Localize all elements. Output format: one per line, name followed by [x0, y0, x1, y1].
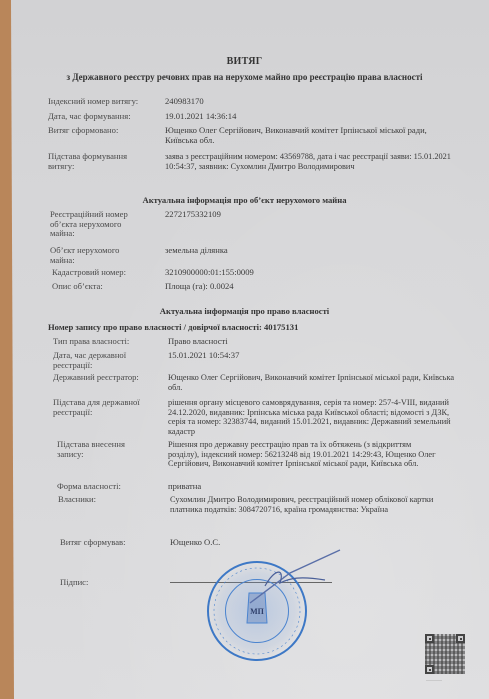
- ownership-section-heading: Актуальна інформація про право власності: [0, 306, 489, 316]
- field-label: Реєстраційний номер об’єкта нерухомого м…: [50, 210, 145, 239]
- field-label: Підстава внесення запису:: [57, 440, 142, 459]
- field-value: Сухомлин Дмитро Володимирович, реєстраці…: [170, 495, 455, 514]
- document-title: ВИТЯГ: [0, 56, 489, 67]
- field-value: Площа (га): 0.0024: [165, 282, 455, 292]
- field-label: Дата, час формування:: [48, 112, 168, 122]
- qr-finder-icon: [456, 634, 465, 643]
- field-label: Витяг сформував:: [60, 538, 170, 548]
- field-label: Індексний номер витягу:: [48, 97, 168, 107]
- qr-finder-icon: [425, 665, 434, 674]
- field-value: Рішення про державну реєстрацію прав та …: [168, 440, 443, 469]
- document-subtitle: з Державного реєстру речових прав на нер…: [0, 72, 489, 82]
- field-value: Ющенко О.С.: [170, 538, 460, 548]
- field-value: приватна: [168, 482, 458, 492]
- stamp-mp-label: МП: [209, 607, 305, 616]
- qr-caption: ————: [426, 677, 442, 682]
- property-section-heading: Актуальна інформація про об’єкт нерухомо…: [0, 195, 489, 205]
- field-label: Опис об’єкта:: [52, 282, 162, 292]
- field-value: 19.01.2021 14:36:14: [165, 112, 455, 122]
- field-label: Об’єкт нерухомого майна:: [50, 246, 145, 265]
- field-value: Ющенко Олег Сергійович, Виконавчий коміт…: [165, 126, 455, 145]
- field-label: Власники:: [58, 495, 168, 505]
- field-value: 240983170: [165, 97, 455, 107]
- field-value: рішення органу місцевого самоврядування,…: [168, 398, 453, 436]
- field-label: Витяг сформовано:: [48, 126, 168, 136]
- field-value: 15.01.2021 10:54:37: [168, 351, 458, 361]
- ownership-record-heading: Номер запису про право власності / довір…: [48, 322, 298, 332]
- field-label: Тип права власності:: [53, 337, 163, 347]
- field-label: Державний реєстратор:: [53, 373, 168, 383]
- field-label: Підстава формування витягу:: [48, 152, 148, 171]
- field-value: 2272175332109: [165, 210, 455, 220]
- field-label: Дата, час державної реєстрації:: [53, 351, 148, 370]
- field-value: земельна ділянка: [165, 246, 455, 256]
- field-value: 3210900000:01:155:0009: [165, 268, 455, 278]
- qr-code: [425, 634, 465, 674]
- handwritten-signature: [230, 548, 350, 608]
- qr-finder-icon: [425, 634, 434, 643]
- field-label: Кадастровий номер:: [52, 268, 162, 278]
- document-extract: ВИТЯГ з Державного реєстру речових прав …: [0, 0, 489, 699]
- signature-label: Підпис:: [60, 578, 120, 588]
- field-label: Форма власності:: [57, 482, 167, 492]
- field-value: Ющенко Олег Сергійович, Виконавчий коміт…: [168, 373, 458, 392]
- field-label: Підстава для державної реєстрації:: [53, 398, 158, 417]
- field-value: заява з реєстраційним номером: 43569788,…: [165, 152, 455, 171]
- field-value: Право власності: [168, 337, 458, 347]
